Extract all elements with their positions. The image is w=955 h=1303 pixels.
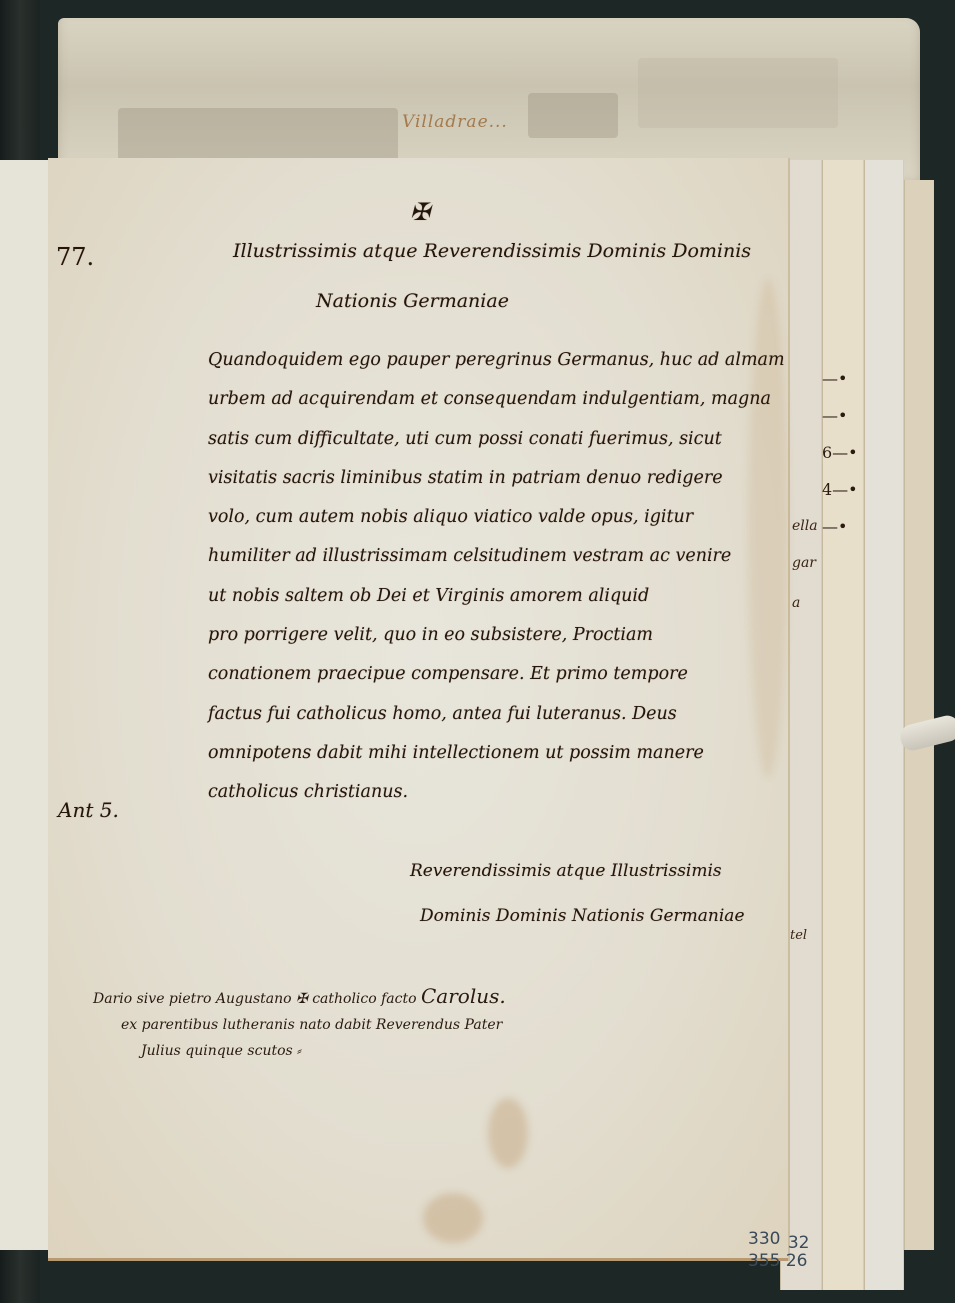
- annotation-line-1: Dario sive pietro Augustano ✠ catholico …: [93, 983, 506, 1012]
- archive-number: 330: [748, 1228, 780, 1250]
- page-edge: [864, 160, 904, 1290]
- annotation-signature-name: Carolus.: [421, 984, 506, 1008]
- letter-body: Quandoquidem ego pauper peregrinus Germa…: [208, 341, 785, 813]
- stain: [423, 1193, 483, 1243]
- archive-pencil-numbers: 330 32 355 26: [748, 1228, 810, 1272]
- adjacent-fragment: tel: [790, 928, 807, 943]
- manuscript-scan: Villadrae... —• —• 6—• 4—• —• ella gar a…: [0, 0, 955, 1303]
- salutation-line-1: Illustrissimis atque Reverendissimis Dom…: [233, 240, 751, 262]
- closing-line-2: Dominis Dominis Nationis Germaniae: [420, 906, 745, 926]
- cross-mark: ✠: [410, 198, 430, 226]
- body-line: Quandoquidem ego pauper peregrinus Germa…: [208, 341, 785, 380]
- stain: [488, 1098, 528, 1168]
- payment-annotation: Dario sive pietro Augustano ✠ catholico …: [93, 983, 506, 1064]
- body-line: visitatis sacris liminibus statim in pat…: [208, 459, 785, 498]
- annotation-line-2: ex parentibus lutheranis nato dabit Reve…: [93, 1012, 506, 1038]
- margin-tick-marks: —• —• 6—• 4—• —•: [822, 360, 858, 545]
- page-edge: [904, 180, 934, 1250]
- closing-line-1: Reverendissimis atque Illustrissimis: [410, 861, 722, 881]
- body-line: ut nobis saltem ob Dei et Virginis amore…: [208, 577, 785, 616]
- tick-mark: —•: [822, 508, 858, 545]
- archive-number: 355: [748, 1250, 780, 1272]
- body-line: pro porrigere velit, quo in eo subsister…: [208, 616, 785, 655]
- adjacent-fragment: a: [792, 595, 800, 611]
- tick-mark: —•: [822, 397, 858, 434]
- paper-fold: [638, 58, 838, 128]
- tick-mark: 6—•: [822, 434, 858, 471]
- tick-mark: 4—•: [822, 471, 858, 508]
- facing-page-edge: [0, 160, 50, 1250]
- body-line: conationem praecipue compensare. Et prim…: [208, 655, 785, 694]
- body-line: catholicus christianus.: [208, 773, 785, 812]
- margin-note: Ant 5.: [58, 798, 119, 822]
- body-line: omnipotens dabit mihi intellectionem ut …: [208, 734, 785, 773]
- body-line: volo, cum autem nobis aliquo viatico val…: [208, 498, 785, 537]
- annotation-line-3: Julius quinque scutos ⸗: [93, 1038, 506, 1064]
- tick-mark: —•: [822, 360, 858, 397]
- folio-number: 77.: [56, 243, 94, 271]
- adjacent-fragment: gar: [792, 555, 816, 571]
- salutation-line-2: Nationis Germaniae: [316, 290, 509, 312]
- body-line: humiliter ad illustrissimam celsitudinem…: [208, 537, 785, 576]
- body-line: satis cum difficultate, uti cum possi co…: [208, 420, 785, 459]
- letter-page: 77. ✠ Illustrissimis atque Reverendissim…: [48, 158, 788, 1261]
- body-line: factus fui catholicus homo, antea fui lu…: [208, 695, 785, 734]
- body-line: urbem ad acquirendam et consequendam ind…: [208, 380, 785, 419]
- paper-tear: [528, 93, 618, 138]
- adjacent-fragment: ella: [792, 518, 818, 534]
- bundle-note: Villadrae...: [402, 112, 508, 132]
- annotation-text: Dario sive pietro Augustano ✠ catholico …: [93, 991, 417, 1007]
- page-edge: [822, 160, 864, 1290]
- archive-number: 32: [788, 1232, 810, 1254]
